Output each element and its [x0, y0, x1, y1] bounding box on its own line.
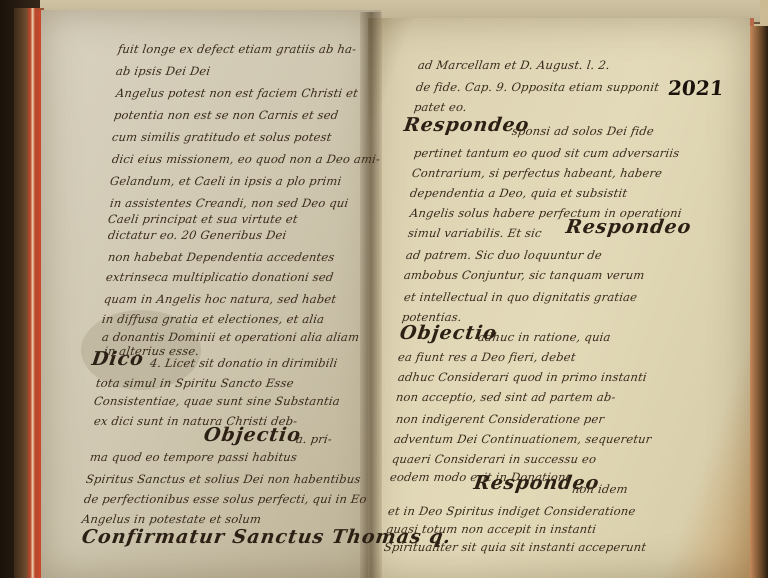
handwritten-line: sponsi ad solos Dei fide: [511, 124, 655, 138]
handwritten-line: ad Marcellam et D. August. l. 2.: [417, 58, 611, 72]
handwritten-line: tota simul in Spiritu Sancto Esse: [95, 376, 295, 390]
folio-number: 2021: [667, 76, 725, 100]
handwritten-line: non habebat Dependentia accedentes: [107, 250, 336, 264]
handwritten-line: in diffusa gratia et electiones, et alia: [101, 312, 325, 326]
handwritten-line: ad patrem. Sic duo loquuntur de: [405, 248, 603, 262]
handwritten-line: quasi totum non accepit in instanti: [385, 522, 597, 536]
handwritten-line: non acceptio, sed sint ad partem ab-: [395, 390, 617, 404]
handwritten-line: ab ipsis Dei Dei: [115, 64, 211, 78]
heading-dico: Dico: [90, 348, 145, 370]
handwritten-line: ma quod eo tempore passi habitus: [89, 450, 298, 464]
handwritten-line: Consistentiae, quae sunt sine Substantia: [93, 394, 341, 408]
handwritten-line: Gelandum, et Caeli in ipsis a plo primi: [109, 174, 342, 188]
handwritten-line: dictatur eo. 20 Generibus Dei: [107, 228, 287, 242]
handwritten-line: a. pri-: [295, 432, 333, 446]
handwritten-line: adventum Dei Continuationem, sequeretur: [393, 432, 653, 446]
handwritten-line: potentia non est se non Carnis et sed: [113, 108, 339, 122]
handwritten-line: cum similis gratitudo et solus potest: [111, 130, 333, 144]
handwritten-line: et intellectual in quo dignitatis gratia…: [403, 290, 638, 304]
handwritten-line: non indigerent Consideratione per: [395, 412, 605, 426]
handwritten-line: extrinseca multiplicatio donationi sed: [105, 270, 334, 284]
handwritten-line: adhuc in ratione, quia: [477, 330, 612, 344]
handwritten-line: quaeri Considerari in successu eo: [391, 452, 597, 466]
handwritten-line: ea fiunt res a Deo fieri, debet: [397, 350, 577, 364]
handwritten-line: Angelus in potestate et solum: [81, 512, 262, 526]
handwritten-line: simul variabilis. Et sic: [407, 226, 543, 240]
handwritten-line: fuit longe ex defect etiam gratiis ab ha…: [117, 42, 357, 56]
handwritten-line: dici eius missionem, eo quod non a Deo a…: [111, 152, 381, 166]
handwritten-line: et in Deo Spiritus indiget Consideration…: [387, 504, 637, 518]
handwritten-line: pertinet tantum eo quod sit cum adversar…: [413, 146, 680, 160]
handwritten-line: Contrarium, si perfectus habeant, habere: [411, 166, 663, 180]
handwritten-line: 4. Licet sit donatio in dirimibili: [149, 356, 338, 370]
handwritten-line: Spiritus Sanctus et solius Dei non haben…: [85, 472, 362, 486]
handwritten-line: adhuc Considerari quod in primo instanti: [397, 370, 648, 384]
handwritten-line: de perfectionibus esse solus perfecti, q…: [83, 492, 368, 506]
heading-objectio: Objectio: [202, 424, 302, 446]
handwritten-line: in assistentes Creandi, non sed Deo qui: [109, 196, 349, 210]
handwritten-line: Spiritualiter sit quia sit instanti acce…: [383, 540, 647, 554]
heading-respondeo: Respondeo: [564, 216, 692, 238]
handwritten-line: non idem: [571, 482, 629, 496]
handwritten-line: Caeli principat et sua virtute et: [107, 212, 299, 226]
handwritten-line: de fide. Cap. 9. Opposita etiam supponit: [415, 80, 660, 94]
handwritten-line: Angelus potest non est faciem Christi et: [115, 86, 359, 100]
handwritten-line: quam in Angelis hoc natura, sed habet: [103, 292, 337, 306]
page-edge-stack: [750, 26, 768, 578]
handwritten-line: patet eo.: [413, 100, 468, 114]
manuscript-photo: fuit longe ex defect etiam gratiis ab ha…: [0, 0, 768, 578]
handwritten-line: ambobus Conjuntur, sic tanquam verum: [403, 268, 645, 282]
handwritten-line: a donantis Dominii et operationi alia al…: [101, 330, 360, 344]
handwritten-line: dependentia a Deo, quia et subsistit: [409, 186, 628, 200]
